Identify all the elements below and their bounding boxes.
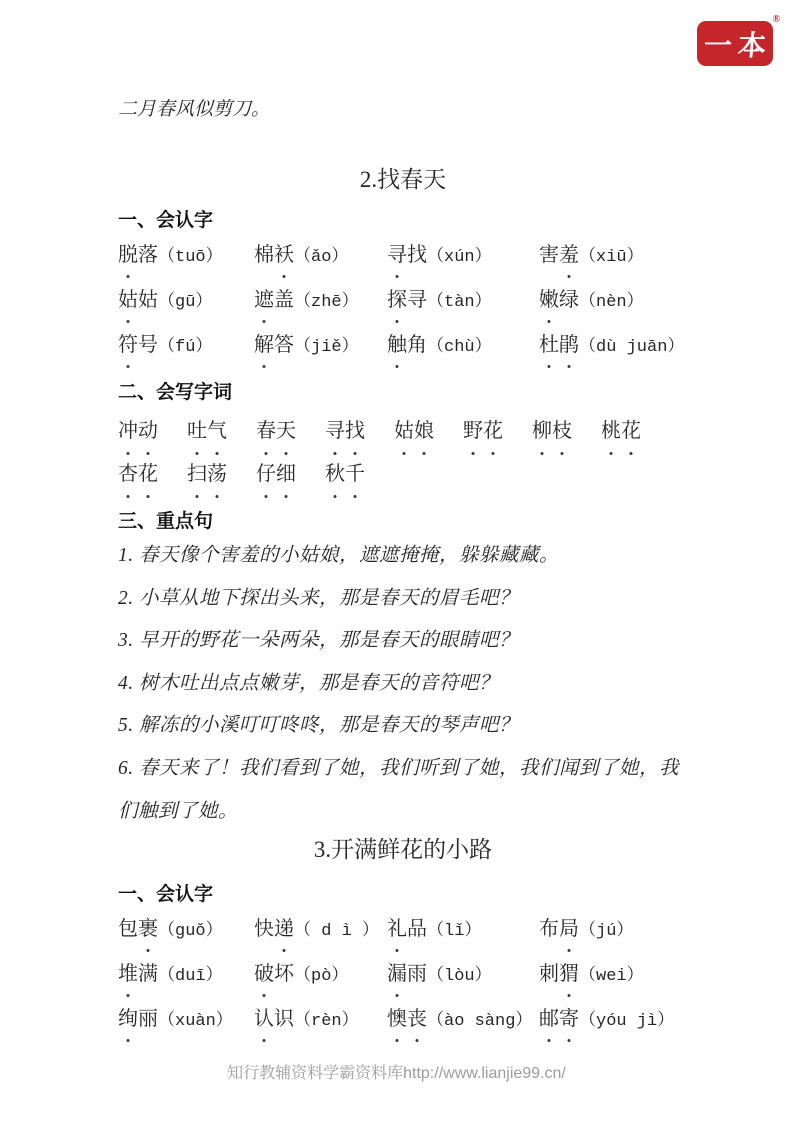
character: 野 [463,410,483,453]
character: 包 [118,908,138,950]
lesson-2-key-sentences: 1. 春天像个害羞的小姑娘，遮遮掩掩，躲躲藏藏。2. 小草从地下探出头来，那是春… [118,535,688,833]
pinyin-annotation: （jiě） [294,338,359,357]
character: 吐 [187,410,207,453]
word-with-pinyin: 符号（fú） [118,324,254,369]
footer-watermark: 知行教辅资料学霸资料库http://www.lianjie99.cn/ [0,1060,793,1083]
write-word: 野花 [463,410,503,453]
character: 落 [138,234,158,276]
word-with-pinyin: 刺猬（wei） [539,953,688,998]
character: 快 [254,908,274,950]
write-word: 秋千 [325,453,365,496]
word-with-pinyin: 懊丧（ào sàng） [387,998,539,1043]
word-with-pinyin: 礼品（lǐ） [387,908,539,953]
pinyin-annotation: （tàn） [427,293,492,312]
write-word-row: 冲动吐气春天寻找姑娘野花柳枝桃花 [118,410,688,453]
lesson-2-write-heading: 二、会写字词 [118,379,688,406]
word-with-pinyin: 破坏（pò） [254,953,387,998]
pinyin-annotation: （tuō） [158,248,223,267]
character: 气 [207,410,227,453]
character: 递 [274,908,294,950]
character: 符 [118,324,138,366]
character: 寄 [559,998,579,1040]
character: 满 [138,953,158,995]
character: 脱 [118,234,138,276]
word-with-pinyin: 布局（jú） [539,908,688,953]
pinyin-annotation: （gū） [158,293,212,312]
character: 嫩 [539,279,559,321]
key-sentence: 5. 解冻的小溪叮叮咚咚，那是春天的琴声吧？ [118,705,688,748]
word-with-pinyin: 棉袄（ǎo） [254,234,387,279]
pinyin-annotation: （yóu jì） [579,1012,674,1031]
character: 绿 [559,279,579,321]
character: 礼 [387,908,407,950]
character: 解 [254,324,274,366]
character: 丧 [407,998,427,1040]
word-with-pinyin: 解答（jiě） [254,324,387,369]
pinyin-annotation: （lǐ） [427,922,481,941]
character: 盖 [274,279,294,321]
character: 袄 [274,234,294,276]
document-page: 一本 ® 二月春风似剪刀。 2.找春天 一、会认字 脱落（tuō）棉袄（ǎo）寻… [0,0,793,1122]
pinyin-annotation: （nèn） [579,293,644,312]
character: 丽 [138,998,158,1040]
lesson-2-recognize-heading: 一、会认字 [118,207,688,234]
character: 鹃 [559,324,579,366]
character: 布 [539,908,559,950]
character: 触 [387,324,407,366]
pinyin-word-row: 脱落（tuō）棉袄（ǎo）寻找（xún）害羞（xiū） [118,234,688,279]
pinyin-annotation: （chù） [427,338,492,357]
pinyin-annotation: （xiū） [579,248,644,267]
character: 花 [621,410,641,453]
lesson-2-title: 2.找春天 [118,163,688,197]
character: 桃 [601,410,621,453]
character: 堆 [118,953,138,995]
word-with-pinyin: 遮盖（zhē） [254,279,387,324]
word-with-pinyin: 寻找（xún） [387,234,539,279]
character: 细 [276,453,296,496]
write-word: 春天 [256,410,296,453]
key-sentence: 1. 春天像个害羞的小姑娘，遮遮掩掩，躲躲藏藏。 [118,535,688,578]
character: 懊 [387,998,407,1040]
key-sentence: 4. 树木吐出点点嫩芽，那是春天的音符吧？ [118,663,688,706]
character: 动 [138,410,158,453]
pinyin-annotation: （ d ì ） [294,922,379,941]
write-word: 寻找 [325,410,365,453]
pinyin-word-row: 包裹（guǒ）快递（ d ì ）礼品（lǐ）布局（jú） [118,908,688,953]
pinyin-annotation: （guǒ） [158,922,223,941]
character: 猬 [559,953,579,995]
word-with-pinyin: 杜鹃（dù juān） [539,324,688,369]
character: 寻 [387,234,407,276]
write-word: 吐气 [187,410,227,453]
character: 寻 [325,410,345,453]
character: 雨 [407,953,427,995]
character: 认 [254,998,274,1040]
word-with-pinyin: 绚丽（xuàn） [118,998,254,1043]
pinyin-annotation: （xún） [427,248,492,267]
key-sentence: 2. 小草从地下探出头来，那是春天的眉毛吧？ [118,578,688,621]
character: 姑 [138,279,158,321]
word-with-pinyin: 漏雨（lòu） [387,953,539,998]
word-with-pinyin: 嫩绿（nèn） [539,279,688,324]
character: 天 [276,410,296,453]
character: 姑 [118,279,138,321]
character: 花 [138,453,158,496]
pinyin-word-row: 符号（fú）解答（jiě）触角（chù）杜鹃（dù juān） [118,324,688,369]
pinyin-word-row: 绚丽（xuàn）认识（rèn）懊丧（ào sàng）邮寄（yóu jì） [118,998,688,1043]
pinyin-word-row: 姑姑（gū）遮盖（zhē）探寻（tàn）嫩绿（nèn） [118,279,688,324]
write-word: 仔细 [256,453,296,496]
pinyin-annotation: （dù juān） [579,338,684,357]
write-word: 桃花 [601,410,641,453]
character: 荡 [207,453,227,496]
character: 品 [407,908,427,950]
lesson-2-recognize-words: 脱落（tuō）棉袄（ǎo）寻找（xún）害羞（xiū）姑姑（gū）遮盖（zhē）… [118,234,688,369]
brand-logo: 一本 ® [697,21,773,66]
write-word: 柳枝 [532,410,572,453]
lesson-3-recognize-heading: 一、会认字 [118,881,688,908]
character: 破 [254,953,274,995]
word-with-pinyin: 认识（rèn） [254,998,387,1043]
character: 花 [483,410,503,453]
pinyin-annotation: （ǎo） [294,248,348,267]
pinyin-annotation: （pò） [294,967,348,986]
pinyin-annotation: （lòu） [427,967,492,986]
word-with-pinyin: 脱落（tuō） [118,234,254,279]
registered-trademark-icon: ® [773,15,780,25]
character: 千 [345,453,365,496]
character: 杏 [118,453,138,496]
character: 角 [407,324,427,366]
pinyin-annotation: （fú） [158,338,212,357]
lesson-2-write-words: 冲动吐气春天寻找姑娘野花柳枝桃花杏花扫荡仔细秋千 [118,410,688,496]
word-with-pinyin: 探寻（tàn） [387,279,539,324]
character: 刺 [539,953,559,995]
pinyin-annotation: （wei） [579,967,644,986]
character: 春 [256,410,276,453]
character: 冲 [118,410,138,453]
character: 枝 [552,410,572,453]
character: 姑 [394,410,414,453]
word-with-pinyin: 包裹（guǒ） [118,908,254,953]
document-content: 二月春风似剪刀。 2.找春天 一、会认字 脱落（tuō）棉袄（ǎo）寻找（xún… [0,96,793,1043]
pinyin-word-row: 堆满（duī）破坏（pò）漏雨（lòu）刺猬（wei） [118,953,688,998]
character: 识 [274,998,294,1040]
word-with-pinyin: 堆满（duī） [118,953,254,998]
character: 寻 [407,279,427,321]
character: 柳 [532,410,552,453]
write-word: 扫荡 [187,453,227,496]
character: 绚 [118,998,138,1040]
character: 秋 [325,453,345,496]
key-sentence: 3. 早开的野花一朵两朵，那是春天的眼睛吧？ [118,620,688,663]
pinyin-annotation: （rèn） [294,1012,359,1031]
write-word: 杏花 [118,453,158,496]
key-sentence: 6. 春天来了！我们看到了她，我们听到了她，我们闻到了她，我们触到了她。 [118,748,688,833]
poem-line: 二月春风似剪刀。 [118,96,688,123]
word-with-pinyin: 害羞（xiū） [539,234,688,279]
character: 裹 [138,908,158,950]
character: 羞 [559,234,579,276]
character: 扫 [187,453,207,496]
character: 局 [559,908,579,950]
character: 棉 [254,234,274,276]
word-with-pinyin: 邮寄（yóu jì） [539,998,688,1043]
character: 害 [539,234,559,276]
pinyin-annotation: （ào sàng） [427,1012,532,1031]
write-word-row: 杏花扫荡仔细秋千 [118,453,688,496]
pinyin-annotation: （zhē） [294,293,359,312]
character: 邮 [539,998,559,1040]
character: 遮 [254,279,274,321]
lesson-2-sentences-heading: 三、重点句 [118,508,688,535]
character: 号 [138,324,158,366]
character: 探 [387,279,407,321]
character: 答 [274,324,294,366]
lesson-3-recognize-words: 包裹（guǒ）快递（ d ì ）礼品（lǐ）布局（jú）堆满（duī）破坏（pò… [118,908,688,1043]
write-word: 冲动 [118,410,158,453]
character: 漏 [387,953,407,995]
character: 找 [345,410,365,453]
word-with-pinyin: 姑姑（gū） [118,279,254,324]
character: 杜 [539,324,559,366]
character: 找 [407,234,427,276]
character: 仔 [256,453,276,496]
character: 娘 [414,410,434,453]
write-word: 姑娘 [394,410,434,453]
lesson-3-title: 3.开满鲜花的小路 [118,833,688,867]
pinyin-annotation: （duī） [158,967,223,986]
brand-logo-text: 一本 [697,24,774,64]
word-with-pinyin: 快递（ d ì ） [254,908,387,953]
pinyin-annotation: （jú） [579,922,633,941]
word-with-pinyin: 触角（chù） [387,324,539,369]
character: 坏 [274,953,294,995]
pinyin-annotation: （xuàn） [158,1012,233,1031]
